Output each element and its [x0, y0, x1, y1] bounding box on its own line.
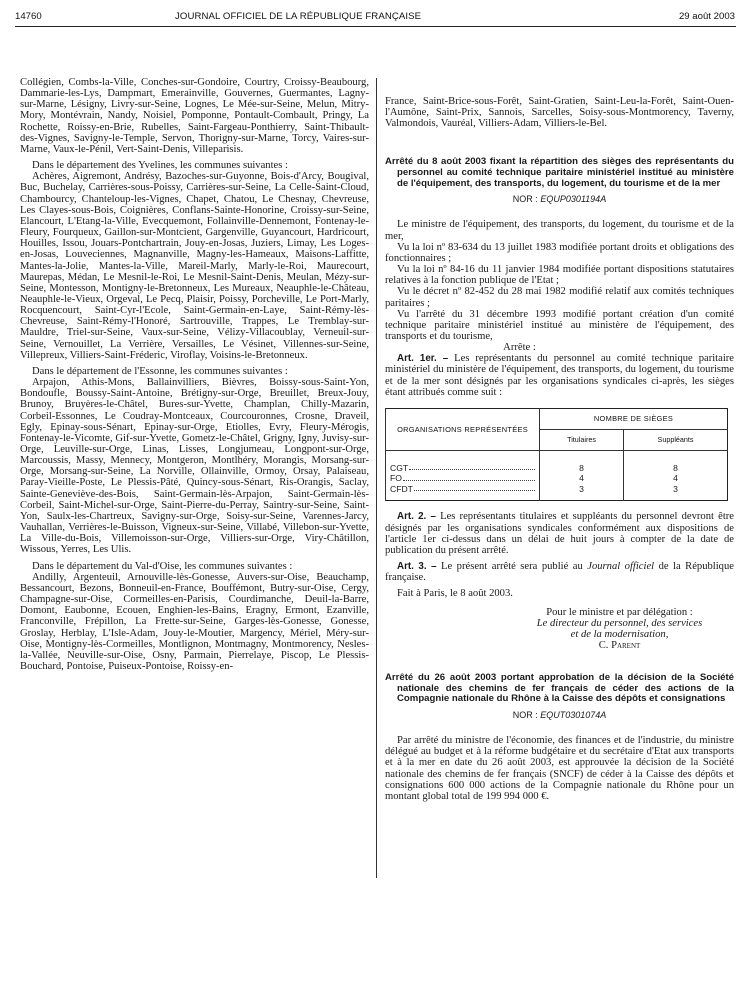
titulaires-value: 8 — [540, 463, 623, 474]
suppleants-value: 4 — [624, 473, 727, 484]
header-nombre-sieges: NOMBRE DE SIÈGES — [540, 408, 728, 429]
article-3: Art. 3. – Le présent arrêté sera publié … — [385, 561, 734, 583]
journal-title: JOURNAL OFFICIEL DE LA RÉPUBLIQUE FRANÇA… — [175, 11, 421, 22]
preamble-line: Vu l'arrêté du 31 décembre 1993 modifié … — [385, 309, 734, 342]
val-d-oise-intro: Dans le département du Val-d'Oise, les c… — [20, 561, 369, 572]
table-row-org: CGT — [390, 463, 535, 474]
titulaires-value: 3 — [540, 484, 623, 495]
table-row-org: FO — [390, 473, 535, 484]
table-body: CGT FO CFDT 8 4 3 8 4 3 — [386, 450, 728, 501]
arrete-word: Arrête : — [385, 342, 734, 353]
signature-intro: Pour le ministre et par délégation : — [505, 607, 734, 618]
left-column: Collégien, Combs-la-Ville, Conches-sur-G… — [20, 77, 369, 672]
seine-et-marne-list: Collégien, Combs-la-Ville, Conches-sur-G… — [20, 77, 369, 155]
preamble-line: Vu la loi nº 84-16 du 11 janvier 1984 mo… — [385, 264, 734, 286]
header-suppleants: Suppléants — [624, 429, 728, 450]
preamble-line: Vu le décret nº 82-452 du 28 mai 1982 mo… — [385, 286, 734, 308]
yvelines-intro: Dans le département des Yvelines, les co… — [20, 160, 369, 171]
preamble-line: Vu la loi nº 83-634 du 13 juillet 1983 m… — [385, 242, 734, 264]
article-label: Art. 1er. – — [397, 353, 448, 364]
nor-reference: NOR : EQUP0301194A — [385, 194, 734, 205]
header-organisations: ORGANISATIONS REPRÉSENTÉES — [386, 408, 540, 450]
journal-officiel-italic: Journal officiel — [587, 561, 654, 572]
fait-a-paris: Fait à Paris, le 8 août 2003. — [385, 588, 734, 599]
right-column: France, Saint-Brice-sous-Forêt, Saint-Gr… — [385, 96, 734, 802]
titulaires-cell: 8 4 3 — [540, 450, 624, 501]
essonne-list: Arpajon, Athis-Mons, Ballainvilliers, Bi… — [20, 377, 369, 556]
arrete-body: Par arrêté du ministre de l'économie, de… — [385, 735, 734, 802]
publication-date: 29 août 2003 — [679, 11, 735, 22]
signature-block: Pour le ministre et par délégation : Le … — [385, 607, 734, 652]
org-name: FO — [390, 473, 402, 484]
leader-dots — [409, 463, 535, 471]
article-2: Art. 2. – Les représentants titulaires e… — [385, 511, 734, 556]
arrete-title: Arrêté du 26 août 2003 portant approbati… — [385, 673, 734, 705]
yvelines-list: Achères, Aigremont, Andrésy, Bazoches-su… — [20, 171, 369, 361]
nor-reference: NOR : EQUT0301074A — [385, 710, 734, 721]
column-divider — [376, 78, 377, 878]
header-rule — [15, 26, 736, 27]
table-row-org: CFDT — [390, 484, 535, 495]
essonne-intro: Dans le département de l'Essonne, les co… — [20, 366, 369, 377]
nor-label: NOR : — [513, 194, 538, 204]
seats-table: ORGANISATIONS REPRÉSENTÉES NOMBRE DE SIÈ… — [385, 408, 728, 502]
page-number: 14760 — [15, 11, 42, 22]
leader-dots — [403, 473, 535, 481]
arrete-title: Arrêté du 8 août 2003 fixant la répartit… — [385, 157, 734, 189]
arrete-26-aout: Arrêté du 26 août 2003 portant approbati… — [385, 673, 734, 802]
article-text: Les représentants titulaires et suppléan… — [385, 511, 734, 555]
org-name: CFDT — [390, 484, 413, 495]
article-label: Art. 2. – — [397, 511, 436, 522]
nor-label: NOR : — [513, 710, 538, 720]
orgs-cell: CGT FO CFDT — [386, 450, 540, 501]
article-text: Le présent arrêté sera publié au — [441, 561, 583, 572]
header-titulaires: Titulaires — [540, 429, 624, 450]
suppleants-cell: 8 4 3 — [624, 450, 728, 501]
suppleants-value: 8 — [624, 463, 727, 474]
val-d-oise-list: Andilly, Argenteuil, Arnouville-lès-Gone… — [20, 572, 369, 672]
signature-role: Le directeur du personnel, des services — [505, 618, 734, 629]
org-name: CGT — [390, 463, 408, 474]
nor-code: EQUP0301194A — [540, 194, 606, 204]
suppleants-value: 3 — [624, 484, 727, 495]
article-1: Art. 1er. – Les représentants du personn… — [385, 353, 734, 398]
preamble-line: Le ministre de l'équipement, des transpo… — [385, 219, 734, 241]
arrete-8-aout: Arrêté du 8 août 2003 fixant la répartit… — [385, 157, 734, 651]
leader-dots — [414, 484, 535, 492]
titulaires-value: 4 — [540, 473, 623, 484]
nor-code: EQUT0301074A — [540, 710, 606, 720]
page-header: 14760 JOURNAL OFFICIEL DE LA RÉPUBLIQUE … — [15, 11, 735, 25]
signature-name: C. Parent — [505, 640, 734, 651]
article-label: Art. 3. – — [397, 561, 437, 572]
val-d-oise-list-continued: France, Saint-Brice-sous-Forêt, Saint-Gr… — [385, 96, 734, 129]
signature-role: et de la modernisation, — [505, 629, 734, 640]
